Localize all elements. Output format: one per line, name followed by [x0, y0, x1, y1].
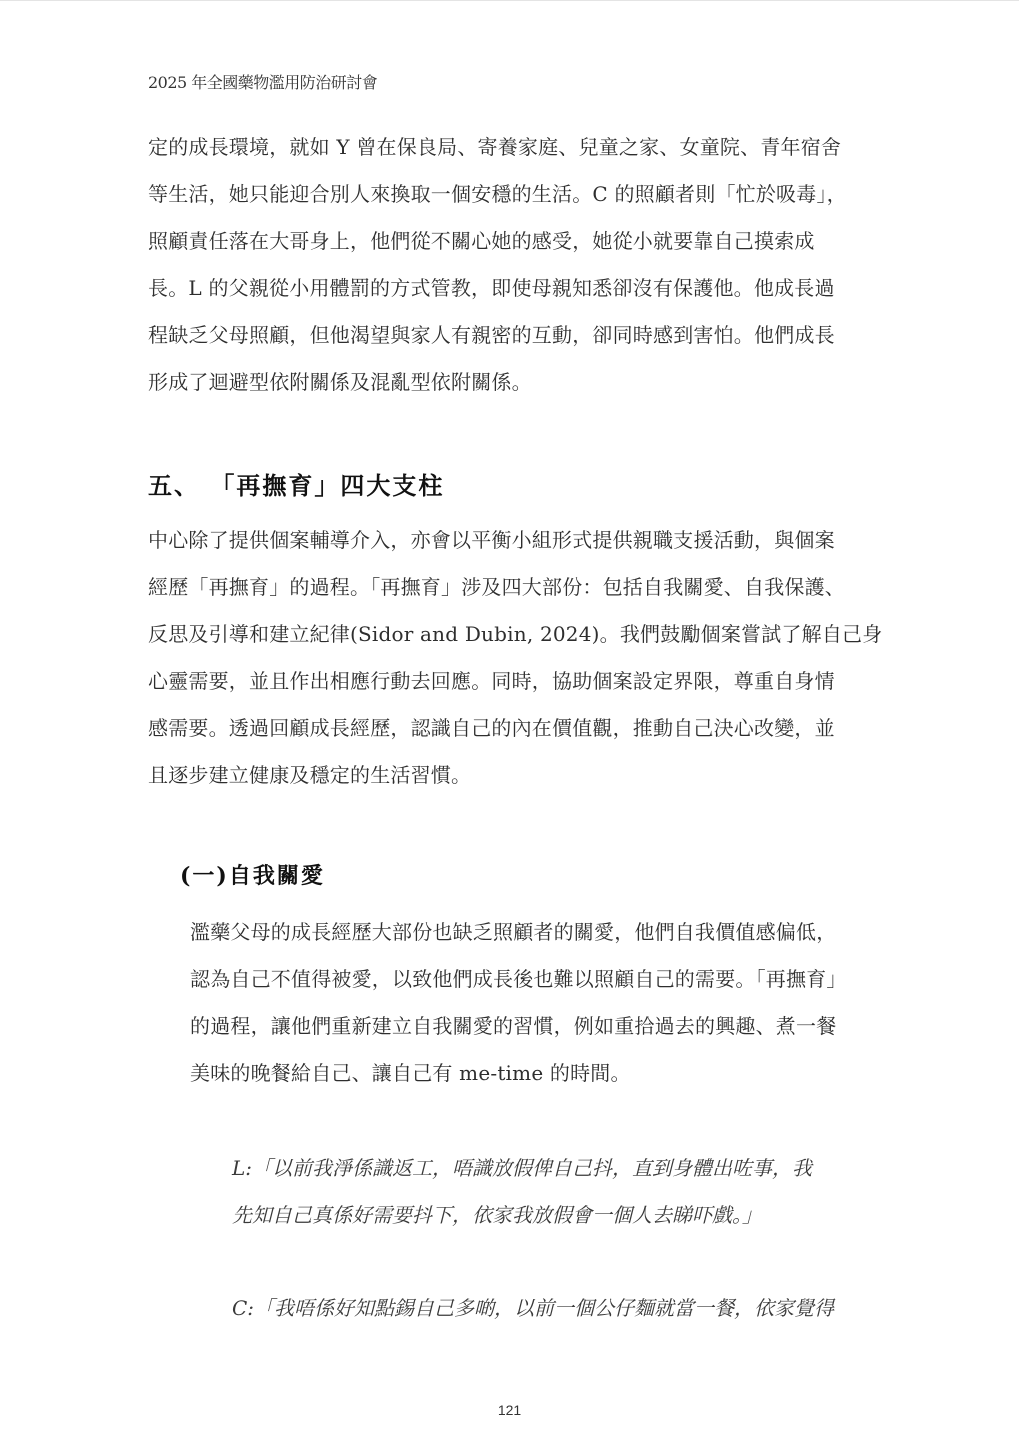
- page-top-border: [0, 0, 1019, 1]
- paragraph-line: 照顧責任落在大哥身上，他們從不關心她的感受，她從小就要靠自己摸索成: [148, 231, 815, 251]
- paragraph-line: 定的成長環境，就如 Y 曾在保良局、寄養家庭、兒童之家、女童院、青年宿舍: [148, 137, 841, 157]
- paragraph-line: 的過程，讓他們重新建立自我關愛的習慣，例如重拾過去的興趣、煮一餐: [190, 1016, 836, 1036]
- page-number: 121: [0, 1403, 1019, 1417]
- paragraph-line: 經歷「再撫育」的過程。「再撫育」涉及四大部份：包括自我關愛、自我保護、: [148, 577, 845, 597]
- section-heading: 五、 「再撫育」四大支柱: [148, 474, 444, 498]
- paragraph-line: 感需要。透過回顧成長經歷，認識自己的內在價值觀，推動自己決心改變，並: [148, 718, 835, 738]
- paragraph-line: 美味的晚餐給自己、讓自己有 me-time 的時間。: [190, 1063, 631, 1083]
- paragraph-line: 濫藥父母的成長經歷大部份也缺乏照顧者的關愛，他們自我價值感偏低，: [190, 922, 836, 942]
- paragraph-line: 程缺乏父母照顧，但他渴望與家人有親密的互動，卻同時感到害怕。他們成長: [148, 325, 835, 345]
- subsection-heading: (一)自我關愛: [180, 865, 325, 887]
- paragraph-line: 中心除了提供個案輔導介入，亦會以平衡小組形式提供親職支援活動，與個案: [148, 530, 835, 550]
- paragraph-line: 形成了迴避型依附關係及混亂型依附關係。: [148, 372, 532, 392]
- quote-line: 先知自己真係好需要抖下，依家我放假會一個人去睇吓戲。」: [232, 1205, 762, 1225]
- paragraph-line: 反思及引導和建立紀律(Sidor and Dubin, 2024)。我們鼓勵個案…: [148, 624, 882, 644]
- paragraph-line: 心靈需要，並且作出相應行動去回應。同時，協助個案設定界限，尊重自身情: [148, 671, 835, 691]
- paragraph-line: 認為自己不值得被愛，以致他們成長後也難以照顧自己的需要。「再撫育」: [190, 969, 847, 989]
- paragraph-line: 長。L 的父親從小用體罰的方式管教，即使母親知悉卻沒有保護他。他成長過: [148, 278, 835, 298]
- quote-line: L:「以前我淨係識返工，唔識放假俾自己抖，直到身體出咗事，我: [232, 1158, 812, 1178]
- paragraph-line: 且逐步建立健康及穩定的生活習慣。: [148, 765, 471, 785]
- running-header: 2025 年全國藥物濫用防治研討會: [148, 75, 377, 91]
- quote-line: C:「我唔係好知點錫自己多啲，以前一個公仔麵就當一餐，依家覺得: [232, 1298, 834, 1318]
- paragraph-line: 等生活，她只能迎合別人來換取一個安穩的生活。C 的照顧者則「忙於吸毒」，: [148, 184, 847, 204]
